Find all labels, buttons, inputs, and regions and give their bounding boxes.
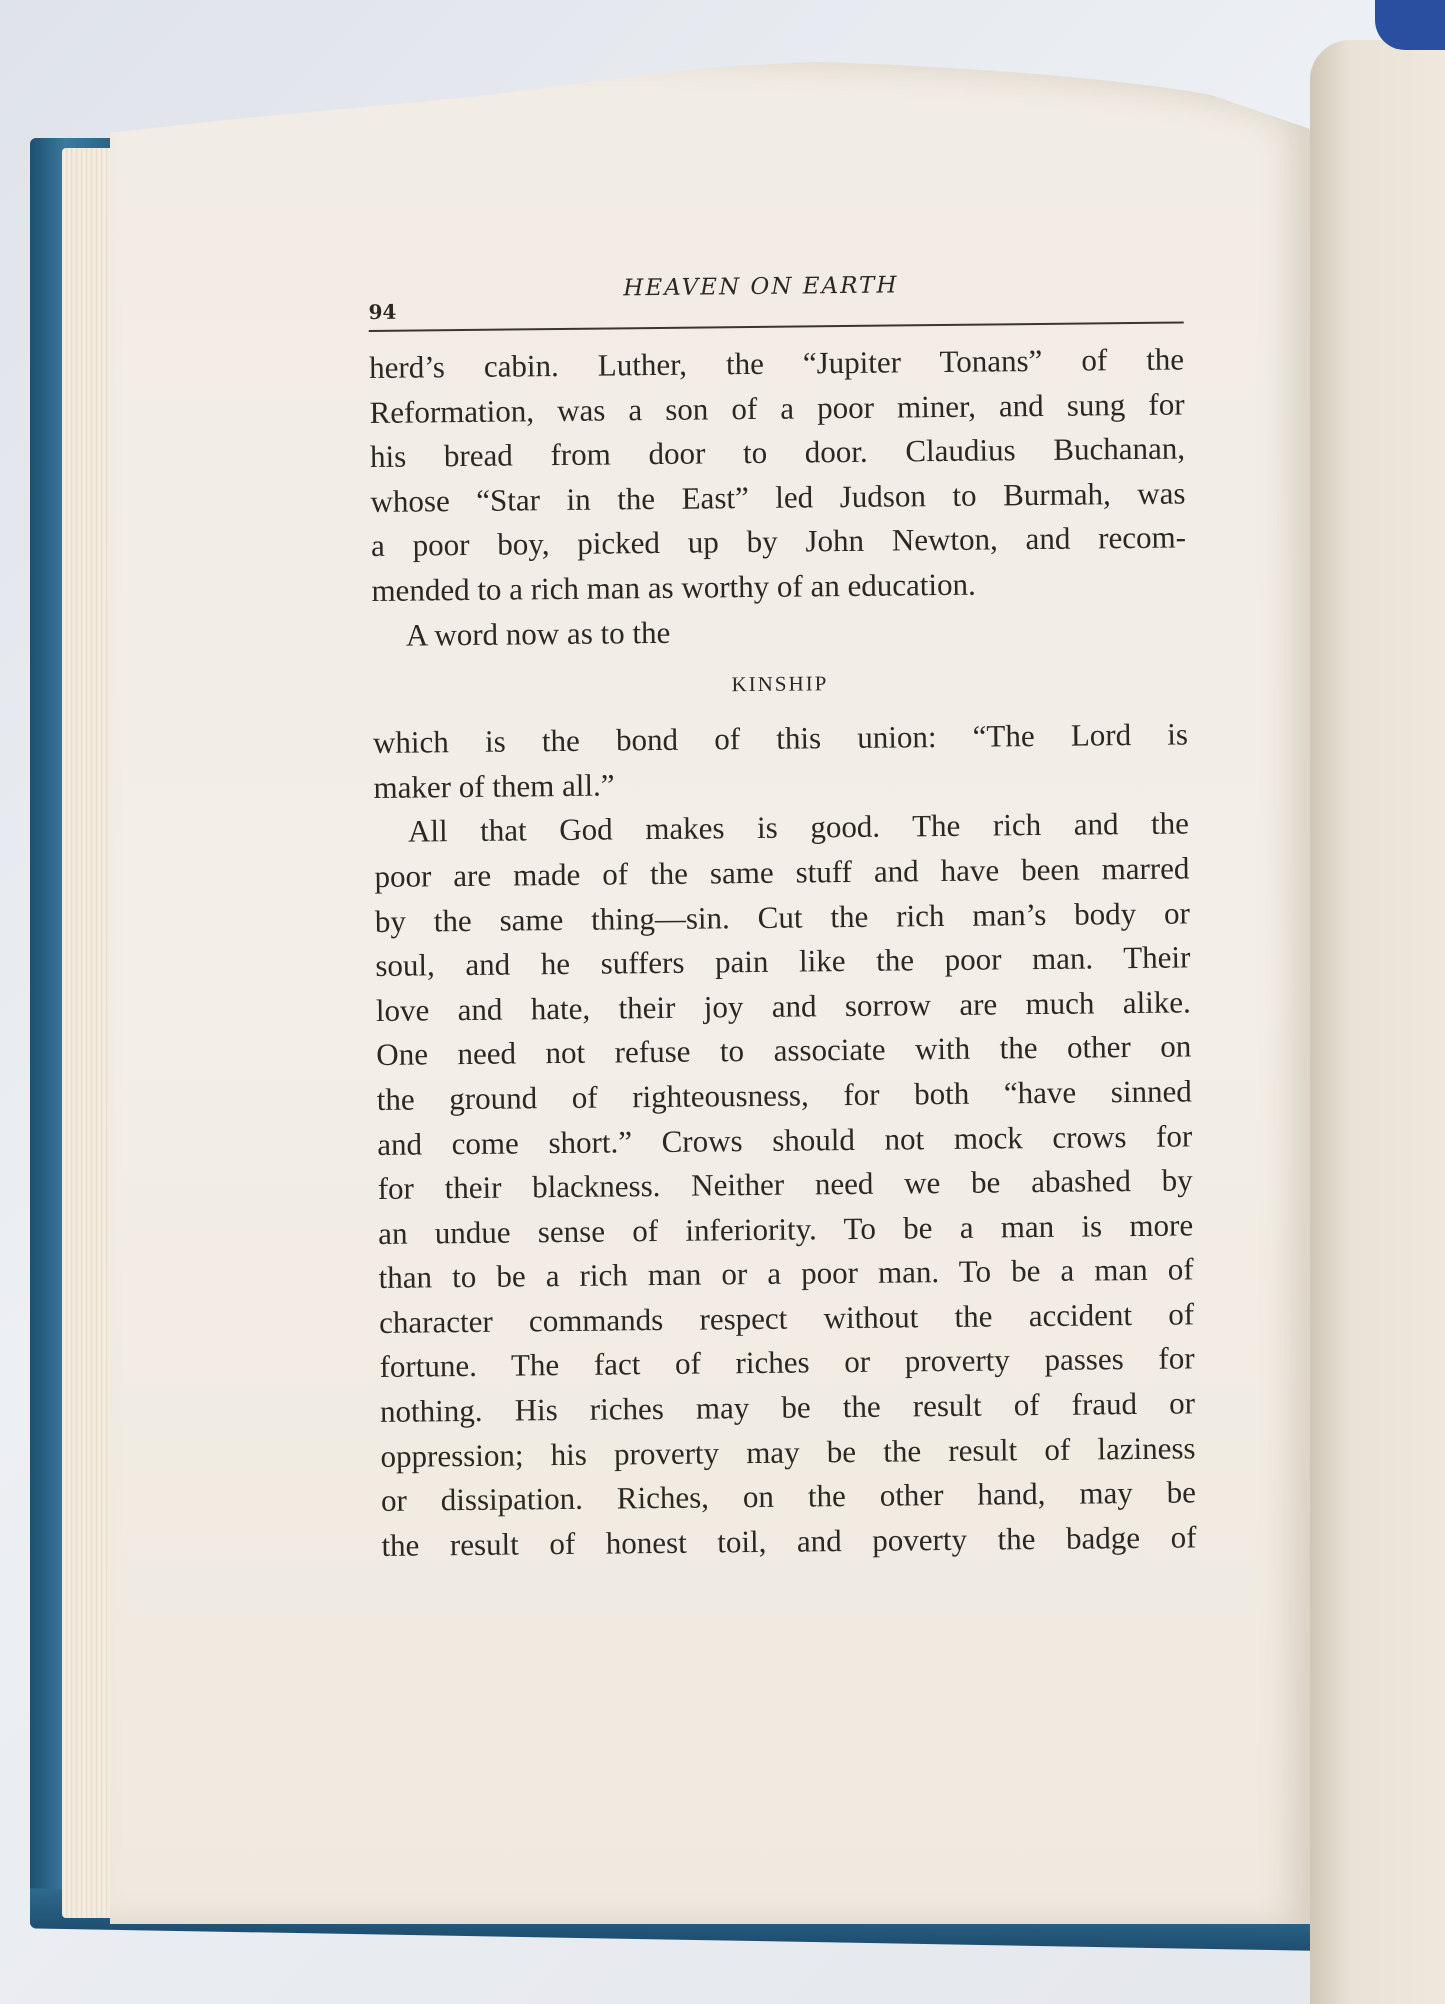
background-fabric	[1375, 0, 1445, 50]
section-heading-kinship: KINSHIP	[372, 668, 1187, 702]
text-line: poor are made of the same stuff and have…	[374, 846, 1189, 899]
paragraph-bond: which is the bond of this union: “The Lo…	[373, 713, 1189, 811]
paragraph-god-makes: All that God makes is good. The rich and…	[374, 802, 1197, 1569]
text-line: the ground of righteousness, for both “h…	[377, 1069, 1192, 1122]
text-line: nothing. His riches may be the result of…	[380, 1381, 1195, 1434]
text-line: herd’s cabin. Luther, the “Jupiter Tonan…	[369, 337, 1184, 390]
page-number: 94	[368, 300, 396, 324]
text-line: for their blackness. Neither need we be …	[377, 1159, 1192, 1212]
facing-page	[1310, 40, 1445, 2004]
header-rule	[369, 321, 1184, 332]
text-line: which is the bond of this union: “The Lo…	[373, 713, 1188, 766]
text-line: a poor boy, picked up by John Newton, an…	[371, 516, 1186, 569]
text-line: the result of honest toil, and poverty t…	[381, 1515, 1196, 1568]
running-head: 94 HEAVEN ON EARTH	[368, 251, 1184, 320]
paragraph-luther: herd’s cabin. Luther, the “Jupiter Tonan…	[369, 337, 1187, 613]
text-line: A word now as to the	[406, 605, 1187, 658]
running-title: HEAVEN ON EARTH	[623, 272, 898, 301]
paragraph-a-word: A word now as to the	[372, 605, 1187, 658]
page-content: 94 HEAVEN ON EARTH herd’s cabin. Luther,…	[368, 251, 1197, 1568]
